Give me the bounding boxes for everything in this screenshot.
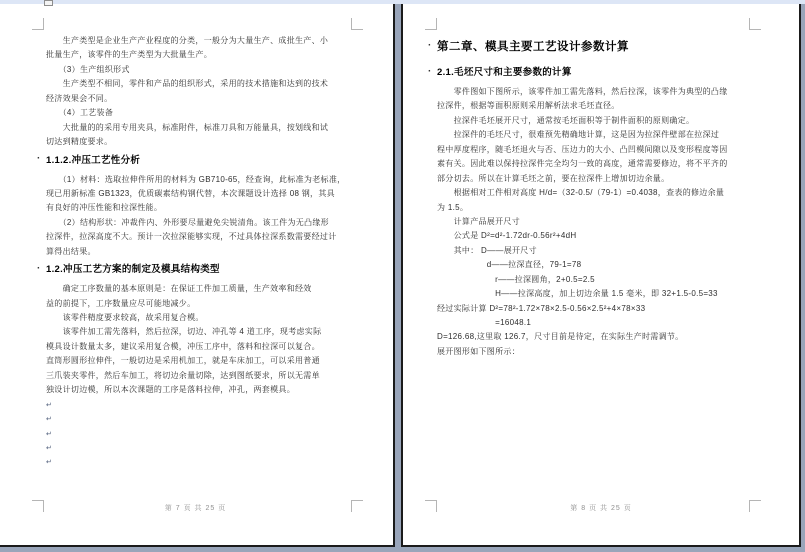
text-line: （2）结构形状：冲裁件内、外形要尽量避免尖锐清角。该工件为无凸缘形 — [46, 216, 353, 230]
outline-bullet-icon: · — [428, 61, 432, 83]
text-line: 展开图形如下图所示： — [437, 345, 749, 359]
text-line: 该零件加工需先落料，然后拉深，切边、冲孔等 4 道工序，现考虑实际 — [46, 325, 353, 339]
text-line: 拉深件的毛坯尺寸，很难预先精确地计算，这是因为拉深件壁部在拉深过 — [437, 128, 749, 142]
text-line: 拉深件毛坯展开尺寸，通常按毛坯面积等于制件面积的原则确定。 — [437, 114, 749, 128]
empty-paragraph-line: ↵ — [46, 412, 353, 426]
text-line: 公式是 D²=d²-1.72dr-0.56r²+4dH — [437, 229, 749, 243]
text-line: 拉深件，根据等面积原则采用解析法求毛坯直径。 — [437, 99, 749, 113]
text-line: 切达到精度要求。 — [46, 135, 353, 149]
outline-bullet-icon: · — [37, 258, 41, 280]
text-line: 大批量的的采用专用夹具，标准附件，标准刀具和万能量具，按划线和试 — [46, 121, 353, 135]
page-8-footer: 第 8 页 共 25 页 — [403, 503, 799, 513]
text-boundary-mark — [425, 18, 437, 30]
empty-paragraph-line: ↵ — [46, 455, 353, 469]
text-line: 有良好的冲压性能和拉深性能。 — [46, 201, 353, 215]
text-line: 模具设计数量太多，建议采用复合模，冲压工序中，落料和拉深可以复合。 — [46, 340, 353, 354]
paragraph-mark-icon: ↵ — [46, 445, 52, 452]
text-line: 生产类型是企业生产产业程度的分类，一般分为大量生产、成批生产、小 — [46, 34, 353, 48]
text-line: H——拉深高度，加上切边余量 1.5 毫米，即 32+1.5-0.5=33 — [437, 287, 749, 301]
text-line: 确定工序数量的基本原则是：在保证工件加工质量，生产效率和经效 — [46, 282, 353, 296]
paragraph-mark-icon: ↵ — [46, 402, 52, 409]
text-line: 三爪装夹零件，然后车加工，将切边余量切除，达到图纸要求，所以无需单 — [46, 369, 353, 383]
outline-bullet-icon: · — [428, 33, 432, 59]
document-viewer: 生产类型是企业生产产业程度的分类，一般分为大量生产、成批生产、小批量生产，该零件… — [0, 0, 805, 552]
text-line: r——拉深圆角，2+0.5=2.5 — [437, 273, 749, 287]
text-line: 计算产品展开尺寸 — [437, 215, 749, 229]
text-line: （1）材料：选取拉伸件所用的材料为 GB710-65，经查询，此标准为老标准， — [46, 173, 353, 187]
page-8[interactable]: ·第二章、模具主要工艺设计参数计算·2.1.毛坯尺寸和主要参数的计算 零件图如下… — [401, 4, 801, 547]
text-boundary-mark — [351, 18, 363, 30]
document-canvas[interactable]: 生产类型是企业生产产业程度的分类，一般分为大量生产、成批生产、小批量生产，该零件… — [0, 4, 805, 552]
heading-line: ·1.1.2.冲压工艺性分析 — [46, 150, 353, 173]
text-line: 批量生产，该零件的生产类型为大批量生产。 — [46, 48, 353, 62]
text-line: 直筒形圆形拉伸件，一般切边是采用机加工，就是车床加工，可以采用普通 — [46, 354, 353, 368]
page-8-text-area[interactable]: ·第二章、模具主要工艺设计参数计算·2.1.毛坯尺寸和主要参数的计算 零件图如下… — [437, 34, 749, 359]
text-line: 零件图如下图所示，该零件加工需先落料，然后拉深，该零件为典型的凸缘 — [437, 85, 749, 99]
text-boundary-mark — [32, 18, 44, 30]
text-line: d——拉深直径，79-1=78 — [437, 258, 749, 272]
text-line: 为 1.5。 — [437, 201, 749, 215]
empty-paragraph-line: ↵ — [46, 427, 353, 441]
text-line: =16048.1 — [437, 316, 749, 330]
outline-bullet-icon: · — [37, 148, 41, 170]
paragraph-mark-icon: ↵ — [46, 431, 52, 438]
text-line: 生产类型不相同，零件和产品的组织形式，采用的技术措施和达到的技术 — [46, 77, 353, 91]
text-line: 根据相对工件相对高度 H/d=（32-0.5/（79-1）=0.4038，查表的… — [437, 186, 749, 200]
text-line: 算得出结果。 — [46, 245, 353, 259]
text-line: （3）生产组织形式 — [46, 63, 353, 77]
empty-paragraph-line: ↵ — [46, 441, 353, 455]
paragraph-mark-icon: ↵ — [46, 459, 52, 466]
text-line: 经过实际计算 D²=78²-1.72×78×2.5-0.56×2.5²+4×78… — [437, 302, 749, 316]
text-line: 部分切去。所以在计算毛坯之前，要在拉深件上增加切边余量。 — [437, 172, 749, 186]
page-7-footer: 第 7 页 共 25 页 — [0, 503, 393, 513]
empty-paragraph-line: ↵ — [46, 398, 353, 412]
heading-line: ·第二章、模具主要工艺设计参数计算 — [437, 34, 749, 62]
toolbar-fragment-icon — [44, 0, 53, 6]
text-line: 经济效果会不同。 — [46, 92, 353, 106]
page-7[interactable]: 生产类型是企业生产产业程度的分类，一般分为大量生产、成批生产、小批量生产，该零件… — [0, 4, 395, 547]
heading-line: ·2.1.毛坯尺寸和主要参数的计算 — [437, 62, 749, 85]
text-boundary-mark — [749, 18, 761, 30]
text-line: 独设计切边模，所以本次课题的工序是落料拉伸，冲孔，两套模具。 — [46, 383, 353, 397]
heading-line: ·1.2.冲压工艺方案的制定及模具结构类型 — [46, 259, 353, 282]
text-line: 程中厚度程序，随毛坯退火与否、压边力的大小、凸凹模间隙以及变形程度等因 — [437, 143, 749, 157]
page-7-text-area[interactable]: 生产类型是企业生产产业程度的分类，一般分为大量生产、成批生产、小批量生产，该零件… — [46, 34, 353, 470]
text-line: 该零件精度要求较高，故采用复合模。 — [46, 311, 353, 325]
text-line: 素有关。因此难以保持拉深件完全均匀一致的高度，通常需要修边，将不平齐的 — [437, 157, 749, 171]
text-line: 其中： D——展开尺寸 — [437, 244, 749, 258]
text-line: 现已用新标准 GB1323，优质碳素结构钢代替，本次课题设计选择 08 钢，其具 — [46, 187, 353, 201]
paragraph-mark-icon: ↵ — [46, 416, 52, 423]
text-line: D=126.68,这里取 126.7，尺寸目前是待定，在实际生产时需调节。 — [437, 330, 749, 344]
toolbar-edge-strip — [0, 0, 805, 4]
text-line: 拉深件，拉深高度不大。预计一次拉深能够实现，不过具体拉深系数需要经过计 — [46, 230, 353, 244]
text-line: 益的前提下，工序数量应尽可能地减少。 — [46, 297, 353, 311]
text-line: （4）工艺装备 — [46, 106, 353, 120]
